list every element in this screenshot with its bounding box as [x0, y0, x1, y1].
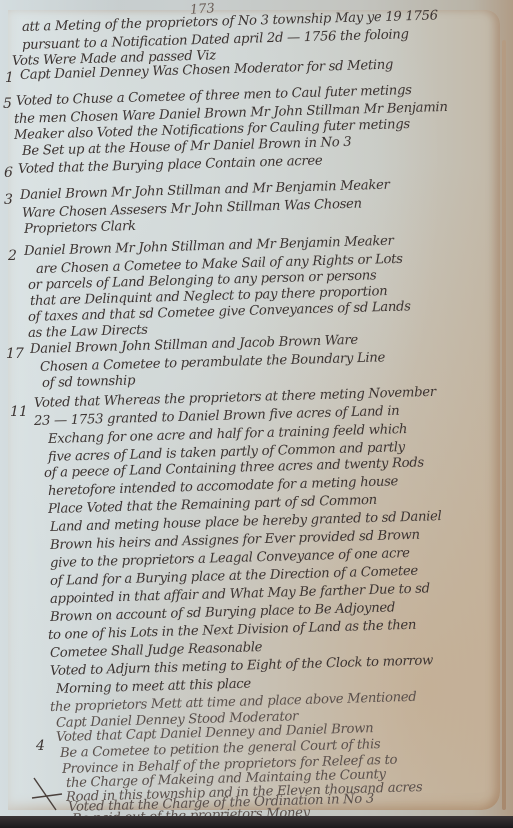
cross-mark-icon	[30, 772, 64, 812]
manuscript-text: att a Meting of the proprietors of No 3 …	[0, 0, 513, 828]
margin-number: 11	[10, 404, 28, 420]
margin-number: 2	[8, 248, 17, 264]
margin-number: 17	[6, 346, 24, 362]
text-line: Morning to meet att this place	[56, 677, 251, 697]
text-line: Proprietors Clark	[24, 219, 136, 237]
text-line: of sd township	[42, 373, 136, 391]
document-photo: 173 att a Meting of the proprietors of N…	[0, 0, 513, 828]
text-line: Cometee Shall Judge Reasonable	[50, 640, 263, 661]
margin-number: 5	[3, 96, 12, 112]
margin-number: 3	[4, 192, 13, 208]
margin-number: 4	[36, 738, 45, 754]
photo-bottom-edge	[0, 816, 513, 828]
margin-number: 6	[4, 165, 13, 181]
margin-number: 1	[5, 70, 14, 86]
